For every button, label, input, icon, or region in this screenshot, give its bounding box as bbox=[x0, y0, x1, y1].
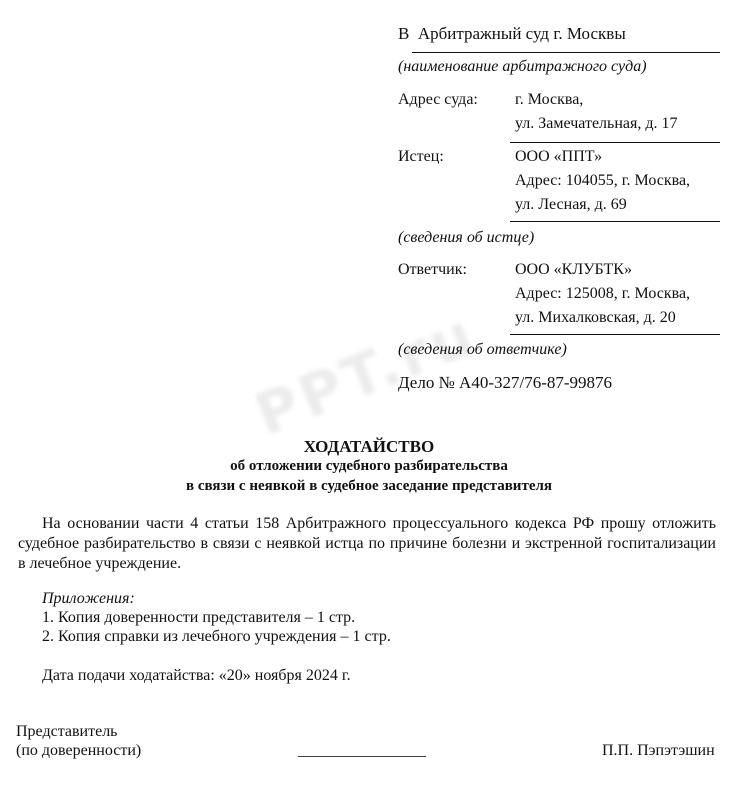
court-address-line-1: г. Москва, bbox=[515, 91, 583, 109]
defendant-line-2: Адрес: 125008, г. Москва, bbox=[515, 285, 690, 303]
plaintiff-label: Истец: bbox=[398, 148, 444, 166]
plaintiff-underline bbox=[510, 221, 720, 222]
defendant-caption: (сведения об ответчике) bbox=[398, 341, 567, 359]
defendant-line-1: ООО «КЛУБТК» bbox=[515, 261, 632, 279]
court-caption: (наименование арбитражного суда) bbox=[398, 58, 647, 76]
court-address-line-2: ул. Замечательная, д. 17 bbox=[515, 115, 678, 133]
signatory-role-2: (по доверенности) bbox=[16, 742, 141, 760]
document-title: ХОДАТАЙСТВО bbox=[0, 437, 738, 457]
court-name: Арбитражный суд г. Москвы bbox=[418, 24, 626, 43]
court-address-underline bbox=[510, 142, 720, 143]
attachment-item-1: 1. Копия доверенности представителя – 1 … bbox=[42, 609, 355, 627]
plaintiff-line-3: ул. Лесная, д. 69 bbox=[515, 196, 627, 214]
defendant-label: Ответчик: bbox=[398, 261, 467, 279]
court-prefix: В bbox=[398, 24, 409, 43]
defendant-line-3: ул. Михалковская, д. 20 bbox=[515, 309, 676, 327]
court-line: В Арбитражный суд г. Москвы bbox=[398, 24, 626, 44]
plaintiff-line-2: Адрес: 104055, г. Москва, bbox=[515, 172, 690, 190]
defendant-underline bbox=[510, 334, 720, 335]
signatory-name: П.П. Пэпэтэшин bbox=[602, 742, 715, 760]
body-paragraph: На основании части 4 статьи 158 Арбитраж… bbox=[18, 514, 716, 574]
body-paragraph-text: На основании части 4 статьи 158 Арбитраж… bbox=[18, 515, 716, 572]
document-subtitle-2: в связи с неявкой в судебное заседание п… bbox=[0, 478, 738, 495]
plaintiff-line-1: ООО «ППТ» bbox=[515, 148, 602, 166]
signatory-role-1: Представитель bbox=[16, 723, 117, 741]
signature-blank: ________________ bbox=[298, 742, 426, 760]
attachment-item-2: 2. Копия справки из лечебного учреждения… bbox=[42, 628, 391, 646]
document-subtitle-1: об отложении судебного разбирательства bbox=[0, 458, 738, 475]
court-underline bbox=[412, 52, 720, 53]
court-address-label: Адрес суда: bbox=[398, 91, 478, 109]
plaintiff-caption: (сведения об истце) bbox=[398, 229, 534, 247]
filing-date: Дата подачи ходатайства: «20» ноября 202… bbox=[42, 667, 351, 685]
attachments-heading: Приложения: bbox=[42, 590, 135, 608]
case-number: Дело № А40-327/76-87-99876 bbox=[398, 373, 612, 393]
